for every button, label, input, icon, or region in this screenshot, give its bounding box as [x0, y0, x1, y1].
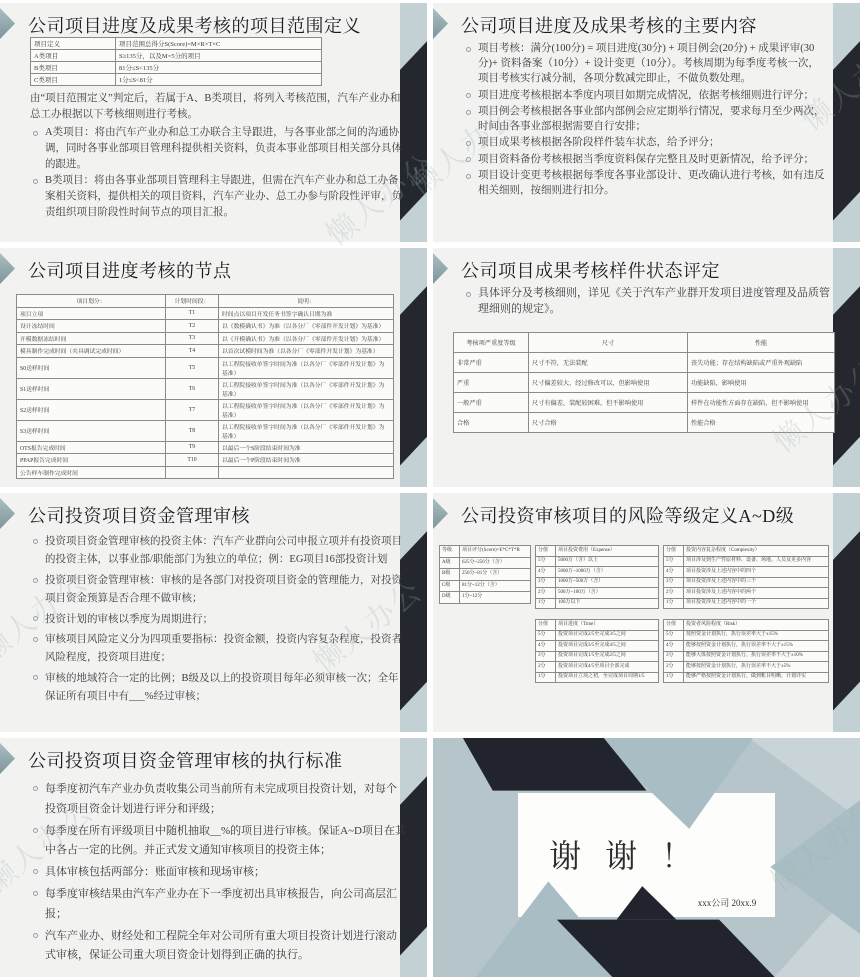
table-row: D级1分~12分 [440, 592, 531, 604]
table-row: 合格尺寸合格性能合格 [454, 413, 835, 433]
table-cell: 以《数模确认书》为准（以各分厂《零部件开发计划》为基准） [219, 320, 394, 333]
table-row: S1送样时间T6以工程院接收单签字时间为准（以各分厂《零部件开发计划》为基准） [17, 378, 394, 399]
table-cell: S2送样时间 [17, 399, 166, 420]
slide-thumbnail-5[interactable]: 公司投资项目资金管理审核 投资项目资金管理审核的投资主体：汽车产业群向公司申报立… [0, 493, 427, 732]
table-cell: 项目涉及到生产性原材料、设备、场地、人员及更多内容 [684, 556, 829, 567]
bullet-list: 每季度初汽车产业办负责收集公司当前所有未完成项目投资计划，对每个投资项目资金计划… [30, 780, 406, 968]
table-cell: 丧失功能；存在结构缺陷或严重外观缺陷 [688, 353, 835, 373]
table-cell: 81分~12分（含） [460, 580, 531, 592]
table-row: 2分项目投资涉及上述内容中的两个 [664, 588, 829, 599]
table-cell: 2分 [664, 662, 684, 673]
bullet-item: 项目设计变更考核根据每季度各事业部设计、更改确认进行考核，如有违反相关细则，按细… [463, 168, 829, 198]
table-cell: S0送样时间 [17, 357, 166, 378]
table-cell: 投资项目完成2/5至完成3/5之间 [556, 630, 659, 641]
table-row: 1分能够严格按照资金计划执行，做到帐目明晰，计划详实 [664, 672, 829, 683]
table-cell: 256分~81分（含） [460, 569, 531, 581]
slides-preview-grid: 公司项目进度及成果考核的项目范围定义 项目定义项目范围总得分S(Score)=M… [0, 3, 860, 977]
table-header-row: 项目划分：计划时间段：说明： [17, 295, 394, 308]
slide-thumbnail-3[interactable]: 公司项目进度考核的节点 项目划分：计划时间段：说明：项目立项T1时间点以项目开发… [0, 248, 427, 487]
table-row: 4分项目投资涉及上述内容中的四个 [664, 567, 829, 578]
table-cell: 81分≤S<135分 [116, 62, 322, 74]
table-header-row: 考核项严重度等级尺寸性能 [454, 333, 835, 353]
expense-score-table: 分值项目投资费用（Expense）5分5000万（含）以上4分5000万~100… [535, 545, 659, 609]
table-cell: 2分 [664, 588, 684, 599]
table-header-cell: 分值 [664, 546, 684, 557]
table-cell: C类项目 [31, 74, 116, 86]
table-row: 模具制作完成时间（夹具调试完成时间）T4以首次试模时间为准（以各分厂《零部件开发… [17, 345, 394, 358]
table-cell: 能够大体按照资金计划执行，执行误差率不大于±10% [684, 651, 829, 662]
table-cell: OTS报告完成时间 [17, 441, 166, 454]
table-header-cell: 投资者风险程度（Risk） [684, 620, 829, 631]
table-cell: 一般严重 [454, 393, 529, 413]
table-cell: T2 [166, 320, 219, 333]
table-cell: 功能缺陷，影响使用 [688, 373, 835, 393]
bullet-item: A类项目：将由汽车产业办和总工办联合主导跟进，与各事业部之间的沟通协调，同时各事… [30, 125, 406, 172]
slide-title: 公司投资项目资金管理审核 [28, 502, 250, 528]
table-row: A级625分~256分（含） [440, 557, 531, 569]
slide-title: 公司项目成果考核样件状态评定 [461, 257, 720, 283]
complexity-score-table: 分值投资内容复杂程度（Complexity）5分项目涉及到生产性原材料、设备、场… [663, 545, 829, 609]
table-cell: 以最后一个S阶段结束时间为准 [219, 441, 394, 454]
table-cell: 以工程院接收单签字时间为准（以各分厂《零部件开发计划》为基准） [219, 357, 394, 378]
table-cell: 以首次试模时间为准（以各分厂《零部件开发计划》为基准） [219, 345, 394, 358]
table-row: PPAP报告完成时间T10以最后一个P阶段结束时间为准 [17, 454, 394, 467]
table-cell: 5分 [536, 556, 556, 567]
slide-title: 公司投资项目资金管理审核的执行标准 [28, 747, 343, 773]
table-row: S0送样时间T5以工程院接收单签字时间为准（以各分厂《零部件开发计划》为基准） [17, 357, 394, 378]
slide-thumbnail-6[interactable]: 公司投资审核项目的风险等级定义A~D级 等级项目评分(Score)=E*C*T*… [433, 493, 860, 732]
table-cell: 5分 [664, 556, 684, 567]
table-row: 3分能够大体按照资金计划执行，执行误差率不大于±10% [664, 651, 829, 662]
bullet-item: 具体审核包括两部分：账面审核和现场审核； [30, 863, 406, 883]
table-row: 开模数据冻结时间T3以《开模确认书》为准（以各分厂《零部件开发计划》为基准） [17, 332, 394, 345]
bullet-item: B类项目：将由各事业部项目管理科主导跟进，但需在汽车产业办和总工办备案相关资料，… [30, 173, 406, 220]
slide-title: 公司投资审核项目的风险等级定义A~D级 [461, 502, 794, 528]
table-header-cell: 项目划分： [17, 295, 166, 308]
table-cell: T7 [166, 399, 219, 420]
bullet-item: 投资项目资金管理审核：审核的是各部门对投资项目资金的管理能力，对投资项目资金预算… [30, 572, 402, 609]
table-cell: 1000万~500万（含） [556, 577, 659, 588]
table-cell: 3分 [664, 651, 684, 662]
table-row: 2分投资项目完成4/5至项目全部完成 [536, 662, 659, 673]
table-row: 项目定义项目范围总得分S(Score)=M×R×T×C [31, 38, 322, 50]
table-cell: 项目范围总得分S(Score)=M×R×T×C [116, 38, 322, 50]
table-row: 3分项目投资涉及上述内容中的三个 [664, 577, 829, 588]
table-cell: 按照资金计划执行，执行误差率大于±15% [684, 630, 829, 641]
edge-decoration-dark [400, 493, 427, 732]
bullet-item: 项目成果考核根据各阶段样件装车状态，给予评分； [463, 135, 829, 150]
edge-decoration [833, 248, 860, 487]
table-row: 5分投资项目完成2/5至完成3/5之间 [536, 630, 659, 641]
slide-thumbnail-8[interactable]: 谢 谢 ！ xxx公司 20xx.9 [433, 738, 860, 977]
table-cell: B类项目 [31, 62, 116, 74]
table-cell: 5000万~1000万（含） [556, 567, 659, 578]
table-cell: 模具制作完成时间（夹具调试完成时间） [17, 345, 166, 358]
table-row: 5分5000万（含）以上 [536, 556, 659, 567]
table-cell: 投资项目完成4/5至项目全部完成 [556, 662, 659, 673]
thanks-text: 谢 谢 ！ [527, 831, 723, 877]
table-row: 严重尺寸偏差较大，经过修改可以，但影响使用功能缺陷，影响使用 [454, 373, 835, 393]
table-row: S3送样时间T8以工程院接收单签字时间为准（以各分厂《零部件开发计划》为基准） [17, 420, 394, 441]
bullet-list: 具体评分及考核细则，详见《关于汽车产业群开发项目进度管理及品质管理细则的规定》。 [463, 286, 835, 318]
bullet-list: A类项目：将由汽车产业办和总工办联合主导跟进，与各事业部之间的沟通协调，同时各事… [30, 125, 406, 222]
bullet-item: 审核的地域符合一定的比例；B级及以上的投资项目每年必须审核一次；全年保证所有项目… [30, 670, 402, 707]
table-cell: 1分 [664, 672, 684, 683]
table-cell: T4 [166, 345, 219, 358]
title-arrow-icon [0, 253, 15, 284]
table-header-row: 分值投资内容复杂程度（Complexity） [664, 546, 829, 557]
table-row: C级81分~12分（含） [440, 580, 531, 592]
table-row: B类项目81分≤S<135分 [31, 62, 322, 74]
table-cell: 1分~12分 [460, 592, 531, 604]
table-cell: 3分 [536, 651, 556, 662]
table-header-cell: 分值 [664, 620, 684, 631]
table-cell: 非常严重 [454, 353, 529, 373]
table-cell: 以工程院接收单签字时间为准（以各分厂《零部件开发计划》为基准） [219, 378, 394, 399]
slide-title: 公司项目进度及成果考核的主要内容 [461, 12, 757, 38]
table-cell: T10 [166, 454, 219, 467]
bullet-item: 每季度审核结果由汽车产业办在下一季度初出具审核报告，向公司高层汇报； [30, 885, 406, 925]
table-cell: T8 [166, 420, 219, 441]
table-row: 2分500万~100万（含） [536, 588, 659, 599]
table-header-cell: 投资内容复杂程度（Complexity） [684, 546, 829, 557]
table-row: 5分项目涉及到生产性原材料、设备、场地、人员及更多内容 [664, 556, 829, 567]
table-cell: 开模数据冻结时间 [17, 332, 166, 345]
table-header-cell: 等级 [440, 546, 460, 558]
slide-title: 公司项目进度及成果考核的项目范围定义 [28, 12, 361, 38]
bullet-item: 汽车产业办、财经处和工程院全年对公司所有重大项目投资计划进行滚动式审核，保证公司… [30, 927, 406, 967]
edge-decoration-dark [833, 248, 860, 487]
table-row: OTS报告完成时间T9以最后一个S阶段结束时间为准 [17, 441, 394, 454]
table-cell: 投资项目完成1/5至完成2/5之间 [556, 651, 659, 662]
table-cell: C级 [440, 580, 460, 592]
table-cell: 100万以下 [556, 598, 659, 609]
table-cell: 1分≤S<81分 [116, 74, 322, 86]
table-cell: 5分 [536, 630, 556, 641]
table-cell: A级 [440, 557, 460, 569]
title-arrow-icon [433, 253, 448, 284]
bullet-item: 投资计划的审核以季度为周期进行； [30, 611, 402, 629]
table-cell: 3分 [536, 577, 556, 588]
table-header-cell: 项目评分(Score)=E*C*T*R [460, 546, 531, 558]
slide-thumbnail-7[interactable]: 公司投资项目资金管理审核的执行标准 每季度初汽车产业办负责收集公司当前所有未完成… [0, 738, 427, 977]
table-cell: 能够按照资金计划执行，执行误差率不大于±5% [684, 662, 829, 673]
bullet-list: 投资项目资金管理审核的投资主体：汽车产业群向公司申报立项并有投资项目的投资主体，… [30, 533, 402, 708]
table-cell: S3送样时间 [17, 420, 166, 441]
table-cell: 以工程院接收单签字时间为准（以各分厂《零部件开发计划》为基准） [219, 420, 394, 441]
table-row: 一般严重尺寸有偏差，装配较困难，但不影响使用样件在功能性方面存在缺陷，但不影响使… [454, 393, 835, 413]
table-cell: 2分 [536, 588, 556, 599]
table-row: 1分100万以下 [536, 598, 659, 609]
table-cell: A类项目 [31, 50, 116, 62]
edge-decoration [400, 493, 427, 732]
table-cell: 项目定义 [31, 38, 116, 50]
table-row: 3分投资项目完成1/5至完成2/5之间 [536, 651, 659, 662]
table-cell: 4分 [536, 567, 556, 578]
table-cell: 尺寸有偏差，装配较困难，但不影响使用 [529, 393, 688, 413]
table-cell: 2分 [536, 662, 556, 673]
slide-thumbnail-1[interactable]: 公司项目进度及成果考核的项目范围定义 项目定义项目范围总得分S(Score)=M… [0, 3, 427, 242]
table-row: B级256分~81分（含） [440, 569, 531, 581]
bullet-item: 投资项目资金管理审核的投资主体：汽车产业群向公司申报立项并有投资项目的投资主体，… [30, 533, 402, 570]
table-cell: 投资项目立项之初，至完成项目周期1/5 [556, 672, 659, 683]
table-row: 4分5000万~1000万（含） [536, 567, 659, 578]
table-header-cell: 计划时间段： [166, 295, 219, 308]
bullet-item: 项目进度考核根据本季度内项目如期完成情况，依据考核细则进行评分； [463, 88, 829, 103]
title-arrow-icon [433, 498, 448, 529]
bullet-item: 项目例会考核根据各事业部内部例会应定期举行情况，要求每月至少两次，时间由各事业部… [463, 104, 829, 134]
table-cell: 以工程院接收单签字时间为准（以各分厂《零部件开发计划》为基准） [219, 399, 394, 420]
table-cell: 样件在功能性方面存在缺陷，但不影响使用 [688, 393, 835, 413]
table-row: 1分投资项目立项之初，至完成项目周期1/5 [536, 672, 659, 683]
company-credit: xxx公司 20xx.9 [698, 896, 757, 909]
bullet-item: 每季度在所有评级项目中随机抽取__%的项目进行审核。保证A~D项目在其中各占一定… [30, 822, 406, 862]
project-scope-table: 项目定义项目范围总得分S(Score)=M×R×T×CA类项目S≥135分，以及… [30, 37, 322, 86]
table-row: A类项目S≥135分，以及M=5分的项目 [31, 50, 322, 62]
table-cell: 以最后一个P阶段结束时间为准 [219, 454, 394, 467]
bullet-item: 具体评分及考核细则，详见《关于汽车产业群开发项目进度管理及品质管理细则的规定》。 [463, 286, 835, 318]
risk-score-table: 分值投资者风险程度（Risk）5分按照资金计划执行，执行误差率大于±15%4分能… [663, 619, 829, 683]
table-cell: 项目立项 [17, 307, 166, 320]
table-cell: 625分~256分（含） [460, 557, 531, 569]
edge-decoration-dark [400, 248, 427, 487]
table-cell: 5000万（含）以上 [556, 556, 659, 567]
table-header-cell: 分值 [536, 546, 556, 557]
table-header-cell: 说明： [219, 295, 394, 308]
bullet-item: 审核项目风险定义分为四项重要指标：投资金额，投资内容复杂程度，投资者风险程度，投… [30, 631, 402, 668]
table-cell: T5 [166, 357, 219, 378]
table-row: 4分投资项目完成3/5至完成4/5之间 [536, 641, 659, 652]
table-cell: 时间点以项目开发任务书签字确认日期为准 [219, 307, 394, 320]
table-cell: 项目投资涉及上述内容中的三个 [684, 577, 829, 588]
bullet-item: 项目资料备份考核根据当季度资料保存完整且及时更新情况，给予评分； [463, 152, 829, 167]
table-cell: 1分 [536, 672, 556, 683]
edge-decoration-dark [833, 493, 860, 732]
table-cell: 设计冻结时间 [17, 320, 166, 333]
table-header-cell: 尺寸 [529, 333, 688, 353]
edge-decoration [400, 248, 427, 487]
table-header-row: 分值项目进度（Time） [536, 620, 659, 631]
table-row: 公告样车制作完成时间 [17, 466, 394, 479]
table-cell: 500万~100万（含） [556, 588, 659, 599]
slide-title: 公司项目进度考核的节点 [28, 257, 232, 283]
table-cell: B级 [440, 569, 460, 581]
table-cell: 尺寸不符，无法装配 [529, 353, 688, 373]
bullet-item: 每季度初汽车产业办负责收集公司当前所有未完成项目投资计划，对每个投资项目资金计划… [30, 780, 406, 820]
table-cell: 4分 [664, 567, 684, 578]
table-cell: T1 [166, 307, 219, 320]
table-row: 设计冻结时间T2以《数模确认书》为准（以各分厂《零部件开发计划》为基准） [17, 320, 394, 333]
table-header-cell: 考核项严重度等级 [454, 333, 529, 353]
table-cell: 项目投资涉及上述内容中的四个 [684, 567, 829, 578]
table-row: 3分1000万~500万（含） [536, 577, 659, 588]
edge-decoration-dark [833, 3, 860, 242]
table-header-row: 分值项目投资费用（Expense） [536, 546, 659, 557]
edge-decoration [833, 3, 860, 242]
table-cell: 投资项目完成3/5至完成4/5之间 [556, 641, 659, 652]
milestone-table: 项目划分：计划时间段：说明：项目立项T1时间点以项目开发任务书签字确认日期为准设… [16, 294, 394, 479]
title-arrow-icon [0, 498, 15, 529]
sample-status-table: 考核项严重度等级尺寸性能非常严重尺寸不符，无法装配丧失功能；存在结构缺陷或严重外… [453, 332, 835, 433]
intro-paragraph: 由“项目范围定义”判定后，若属于A、B类项目，将列入考核范围，汽车产业办和总工办… [30, 91, 402, 123]
table-cell: 以《开模确认书》为准（以各分厂《零部件开发计划》为基准） [219, 332, 394, 345]
time-score-table: 分值项目进度（Time）5分投资项目完成2/5至完成3/5之间4分投资项目完成3… [535, 619, 659, 683]
title-arrow-icon [0, 8, 15, 39]
title-arrow-icon [433, 8, 448, 39]
table-cell: 尺寸合格 [529, 413, 688, 433]
table-header-row: 分值投资者风险程度（Risk） [664, 620, 829, 631]
table-cell: 项目投资涉及上述内容中的两个 [684, 588, 829, 599]
table-cell: 公告样车制作完成时间 [17, 466, 166, 479]
table-cell [219, 466, 394, 479]
table-cell: D级 [440, 592, 460, 604]
table-cell: 合格 [454, 413, 529, 433]
table-row: 2分能够按照资金计划执行，执行误差率不大于±5% [664, 662, 829, 673]
table-cell: 尺寸偏差较大，经过修改可以，但影响使用 [529, 373, 688, 393]
table-row: 1分项目投资涉及上述内容中的一个 [664, 598, 829, 609]
title-arrow-icon [0, 743, 15, 774]
table-header-cell: 项目进度（Time） [556, 620, 659, 631]
table-cell: 5分 [664, 630, 684, 641]
table-cell: 能够按照资金计划执行，执行误差率不大于±15% [684, 641, 829, 652]
table-cell: 项目投资涉及上述内容中的一个 [684, 598, 829, 609]
table-header-row: 等级项目评分(Score)=E*C*T*R [440, 546, 531, 558]
table-cell: 严重 [454, 373, 529, 393]
slides-preview-page: { "watermark": { "text": "懒人办公" }, "slid… [0, 0, 860, 980]
bullet-list: 项目考核：满分(100分) = 项目进度(30分) + 项目例会(20分) + … [463, 41, 829, 199]
slide-thumbnail-2[interactable]: 公司项目进度及成果考核的主要内容 项目考核：满分(100分) = 项目进度(30… [433, 3, 860, 242]
table-cell: 1分 [536, 598, 556, 609]
risk-grade-table: 等级项目评分(Score)=E*C*T*RA级625分~256分（含）B级256… [439, 545, 531, 604]
table-cell: PPAP报告完成时间 [17, 454, 166, 467]
table-header-cell: 性能 [688, 333, 835, 353]
table-cell: 4分 [664, 641, 684, 652]
bullet-item: 项目考核：满分(100分) = 项目进度(30分) + 项目例会(20分) + … [463, 41, 829, 87]
table-row: 项目立项T1时间点以项目开发任务书签字确认日期为准 [17, 307, 394, 320]
table-row: 非常严重尺寸不符，无法装配丧失功能；存在结构缺陷或严重外观缺陷 [454, 353, 835, 373]
table-cell: 1分 [664, 598, 684, 609]
table-cell: 能够严格按照资金计划执行，做到帐目明晰，计划详实 [684, 672, 829, 683]
table-header-cell: 分值 [536, 620, 556, 631]
table-cell: 3分 [664, 577, 684, 588]
table-row: C类项目1分≤S<81分 [31, 74, 322, 86]
edge-decoration [833, 493, 860, 732]
table-row: 5分按照资金计划执行，执行误差率大于±15% [664, 630, 829, 641]
table-cell: S≥135分，以及M=5分的项目 [116, 50, 322, 62]
table-cell [166, 466, 219, 479]
table-header-cell: 项目投资费用（Expense） [556, 546, 659, 557]
table-cell: T6 [166, 378, 219, 399]
table-cell: 4分 [536, 641, 556, 652]
table-cell: 性能合格 [688, 413, 835, 433]
table-cell: S1送样时间 [17, 378, 166, 399]
table-row: 4分能够按照资金计划执行，执行误差率不大于±15% [664, 641, 829, 652]
table-row: S2送样时间T7以工程院接收单签字时间为准（以各分厂《零部件开发计划》为基准） [17, 399, 394, 420]
table-cell: T9 [166, 441, 219, 454]
table-cell: T3 [166, 332, 219, 345]
slide-thumbnail-4[interactable]: 公司项目成果考核样件状态评定 具体评分及考核细则，详见《关于汽车产业群开发项目进… [433, 248, 860, 487]
